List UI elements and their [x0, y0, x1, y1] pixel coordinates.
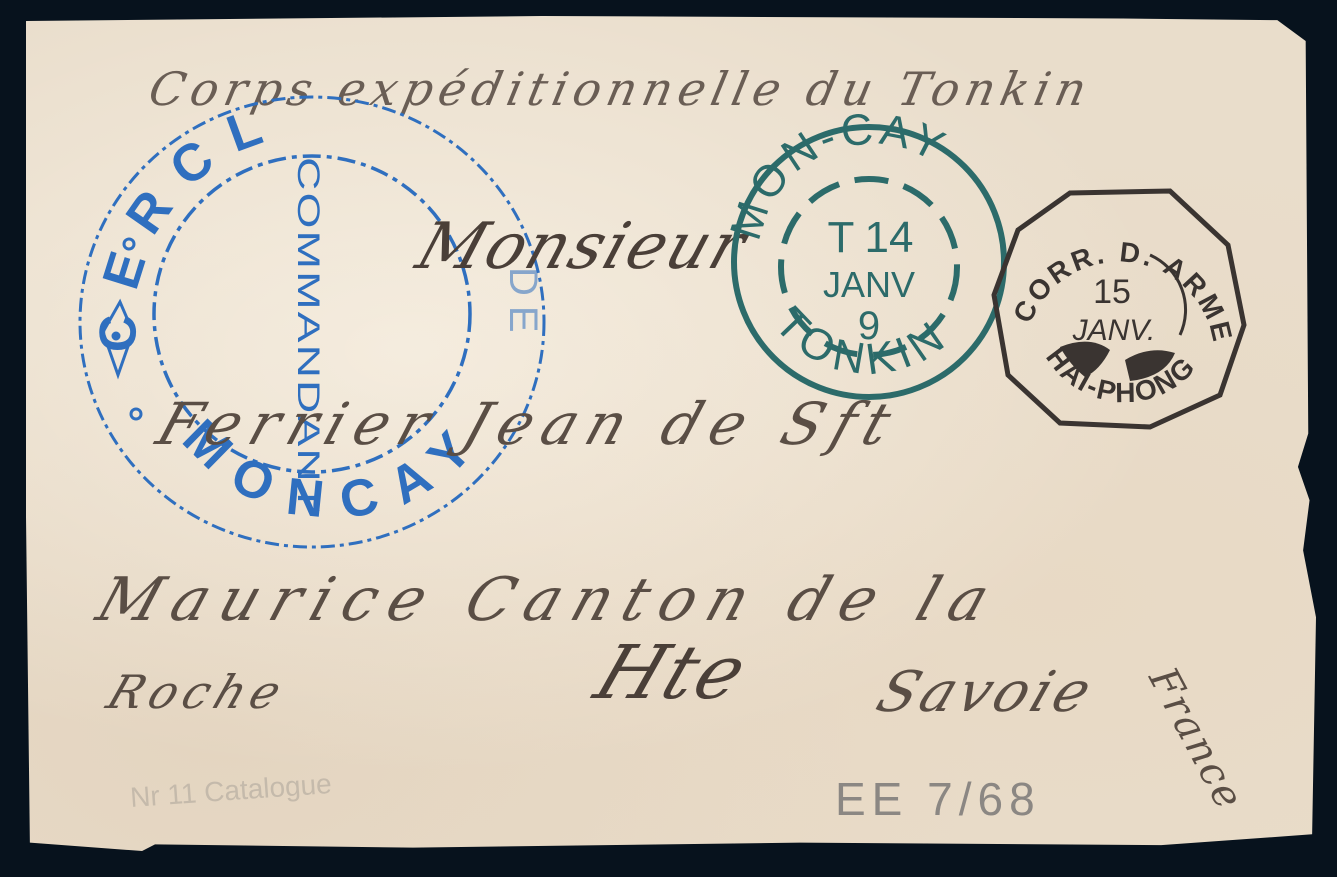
corr-armees-hai-phong-postmark: CORR. D. ARMEES HAI-PHONG 15 JANV.: [990, 185, 1246, 430]
moncay-t: T: [828, 213, 855, 262]
corr-day: 15: [1093, 273, 1131, 311]
address-region: Savoie: [868, 660, 1104, 725]
cercle-commandant-stamp: CERCL MONCAY DE COMMANDANT: [78, 92, 558, 562]
address-name: Ferrier Jean de Sft: [149, 390, 909, 458]
moncay-month: JANV: [823, 264, 915, 305]
moncay-year: 9: [858, 304, 880, 348]
mon-cay-tonkin-postmark: MON-CAY TONKIN T 14 JANV 9: [723, 127, 1017, 397]
moncay-day: 14: [865, 213, 914, 262]
cercle-top-text: CERCL: [90, 91, 290, 352]
address-salutation: Monsieur: [408, 210, 756, 284]
pencil-reference-note: EE 7/68: [835, 772, 1041, 826]
address-town: Maurice Canton de la: [89, 565, 1010, 635]
address-place: Roche: [100, 665, 295, 719]
commandant-text: COMMANDANT: [291, 157, 326, 514]
svg-text:CERCL: CERCL: [90, 91, 290, 352]
